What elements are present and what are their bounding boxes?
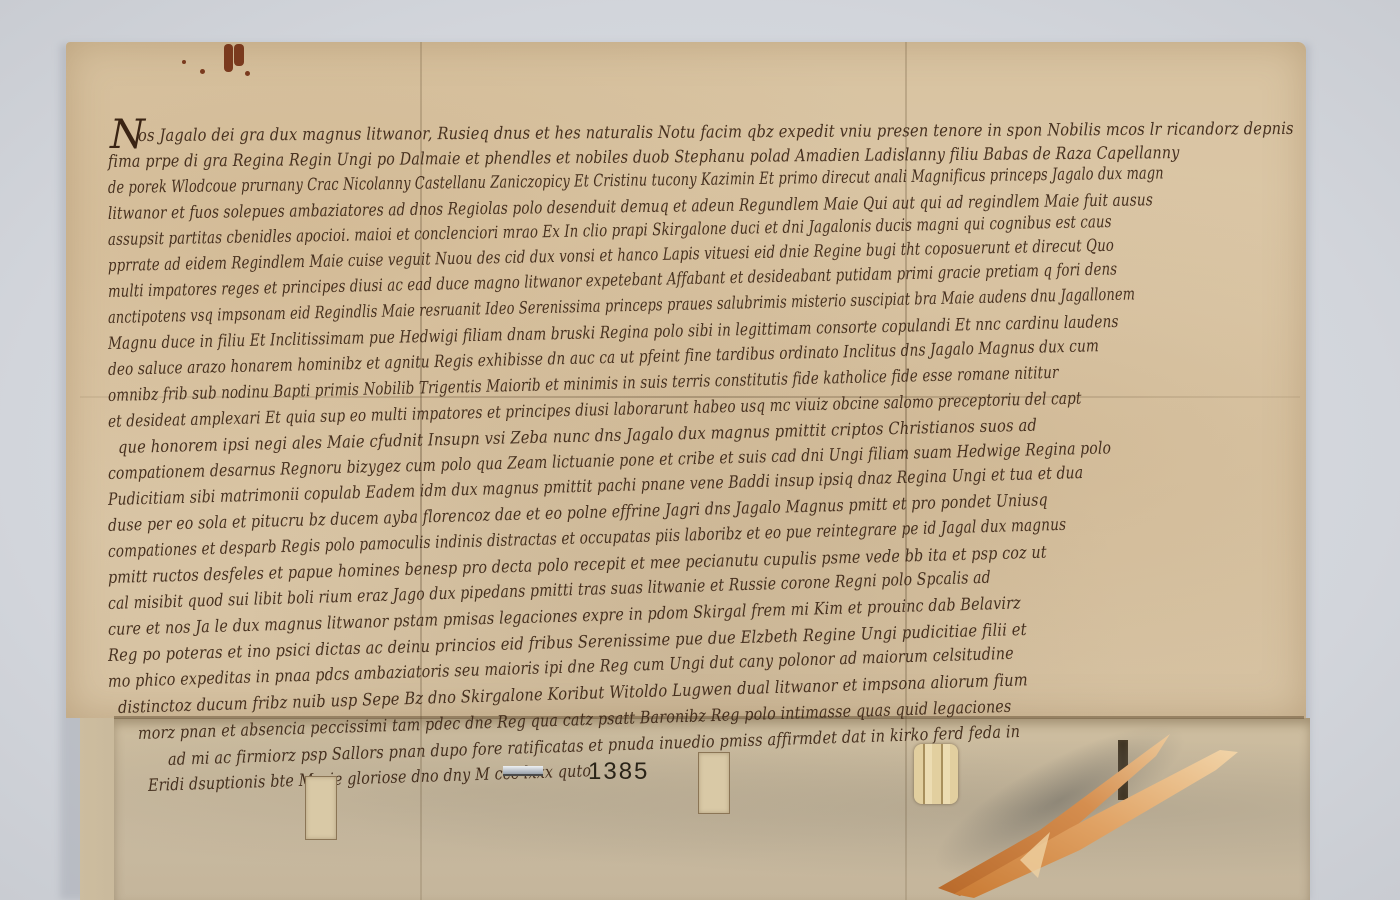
ink-stain — [234, 44, 244, 66]
ink-stain — [200, 69, 205, 74]
date-annotation: 1385 — [588, 758, 649, 786]
ink-stain — [182, 60, 186, 64]
seal-slit — [305, 776, 337, 840]
ink-stain — [224, 44, 233, 72]
seal-tag-strip — [920, 710, 1260, 900]
ink-stain — [245, 71, 250, 76]
seal-slit — [698, 752, 730, 814]
metal-clip — [503, 766, 543, 776]
